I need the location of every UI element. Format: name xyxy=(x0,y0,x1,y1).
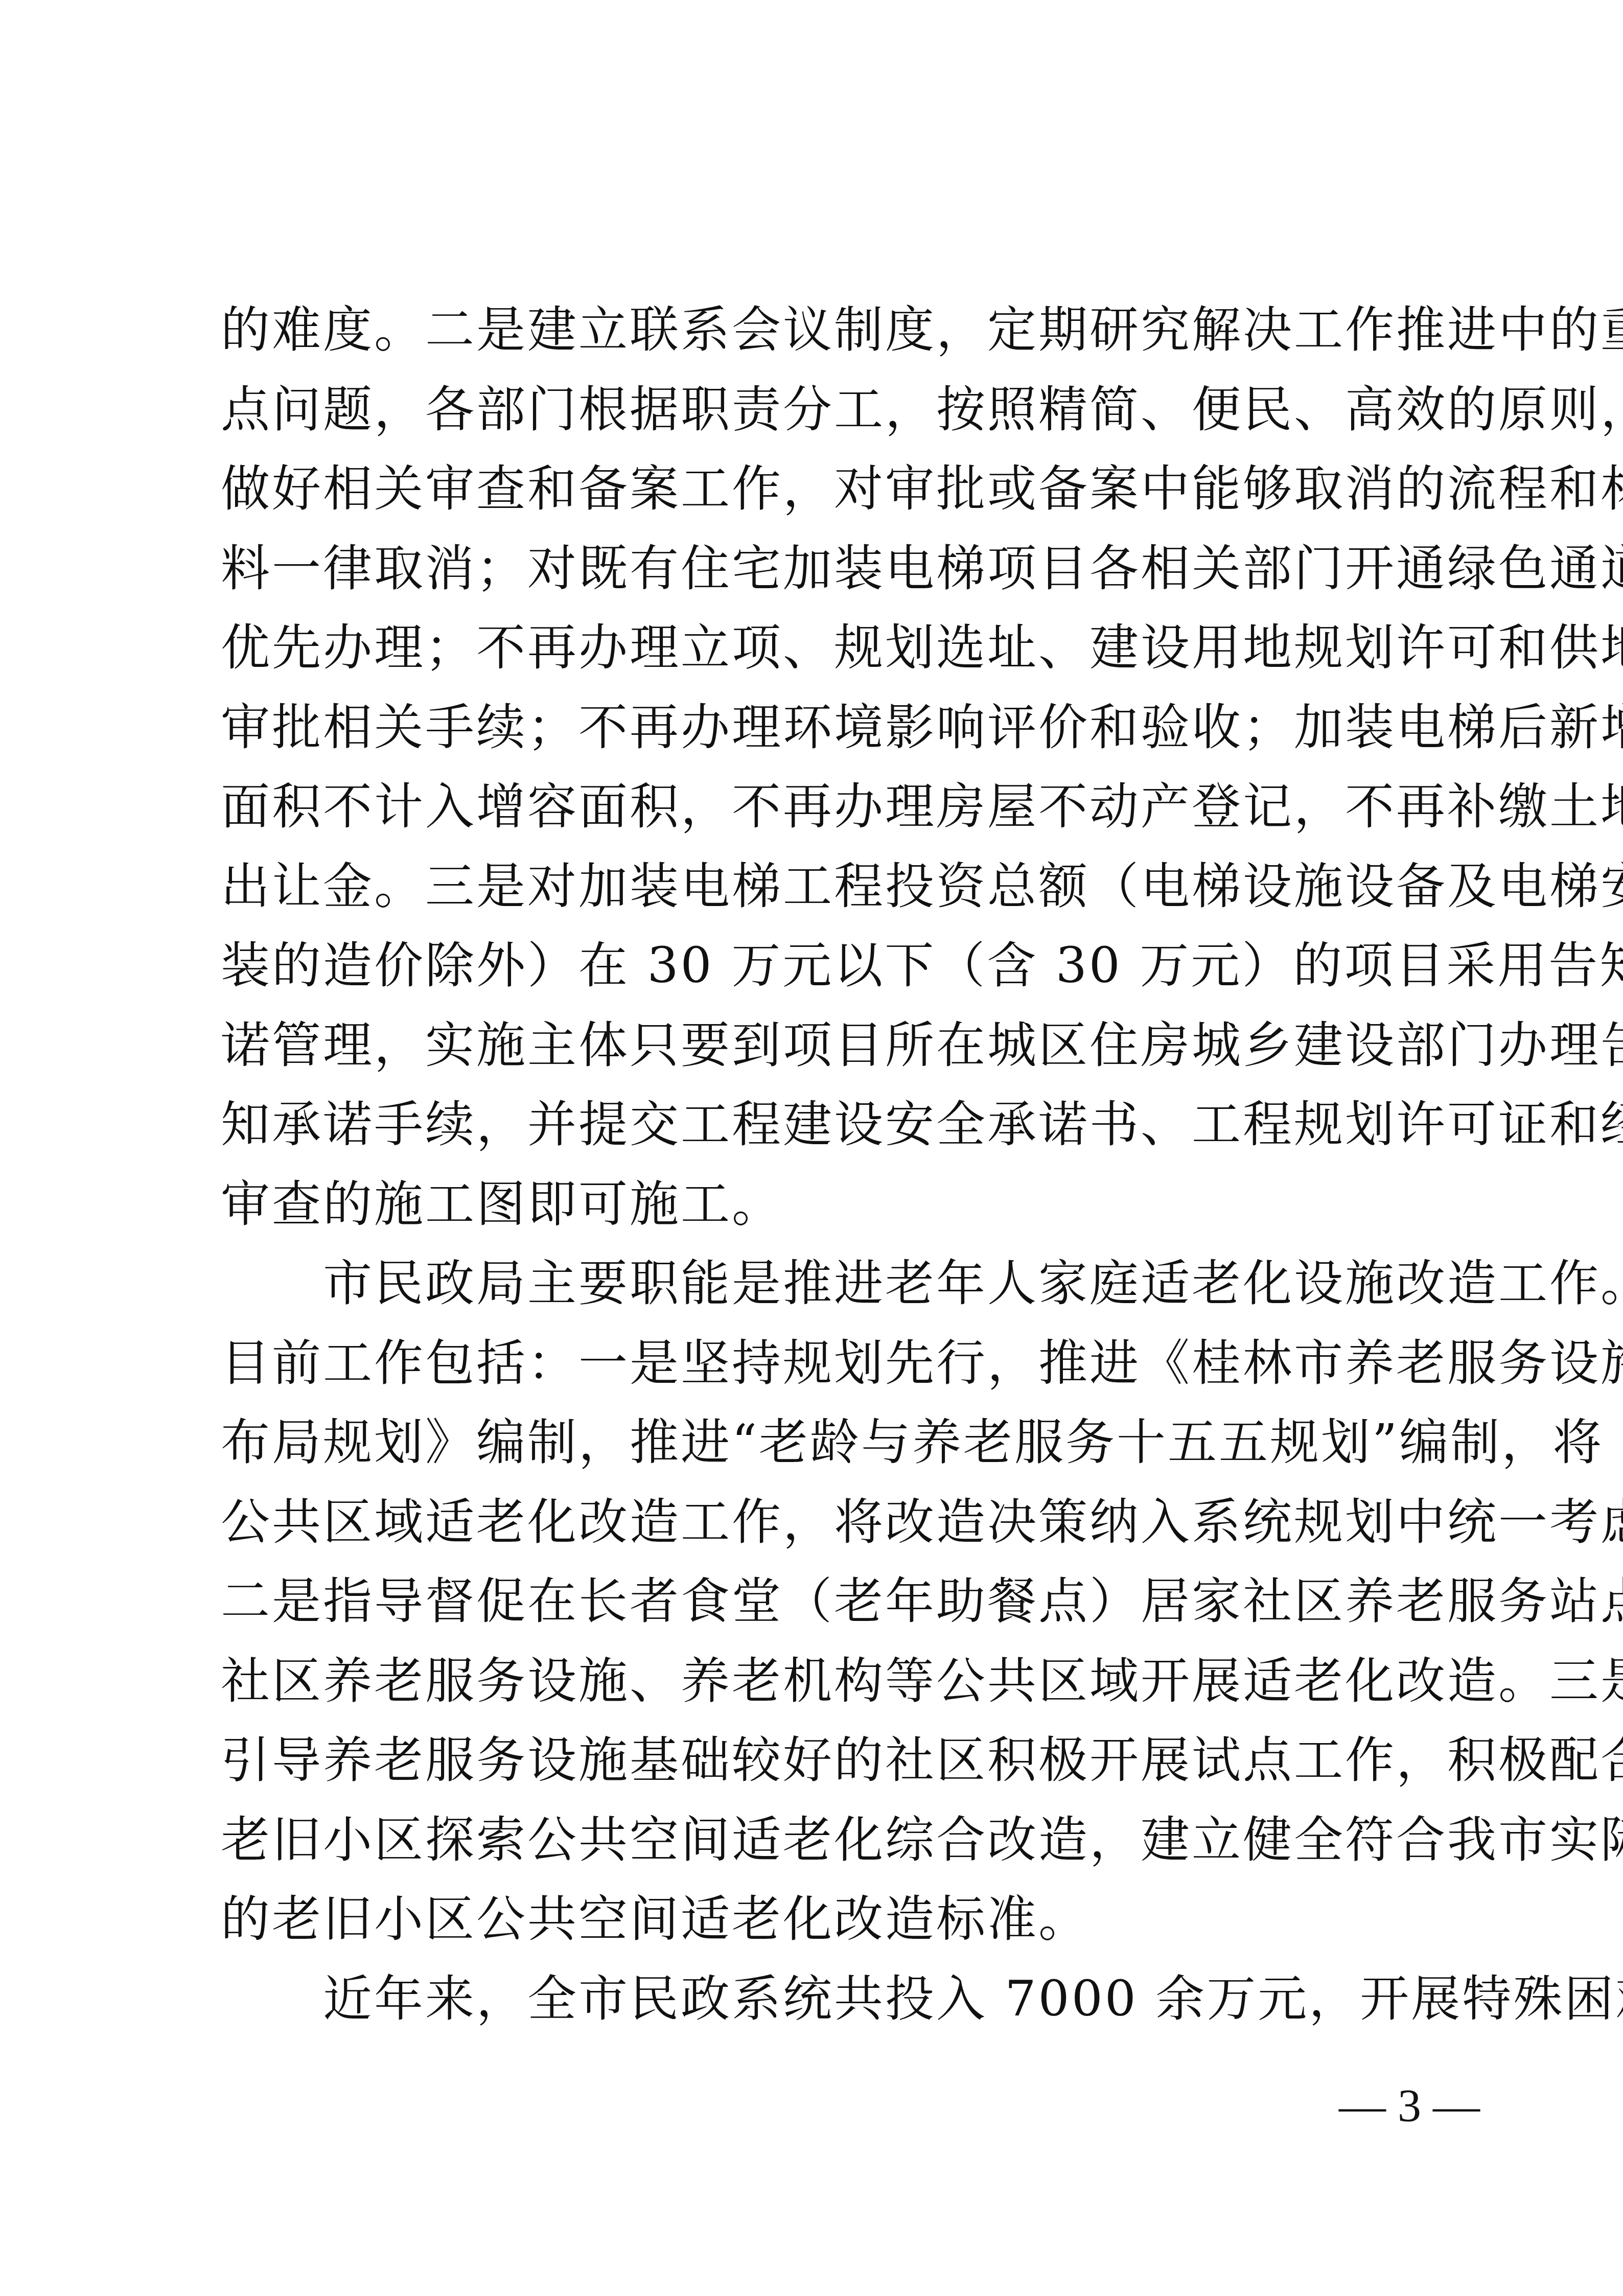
paragraph-2-line-8: 老旧小区探索公共空间适老化综合改造，建立健全符合我市实际 xyxy=(221,1800,1457,1880)
paragraph-2-line-1: 市民政局主要职能是推进老年人家庭适老化设施改造工作。 xyxy=(221,1244,1457,1324)
paragraph-2-line-3: 布局规划》编制，推进“老龄与养老服务十五五规划”编制，将 xyxy=(221,1403,1457,1482)
paragraph-1-line-3: 做好相关审查和备案工作，对审批或备案中能够取消的流程和材 xyxy=(221,449,1457,529)
page-number: — 3 — xyxy=(1339,2075,1462,2136)
paragraph-1-line-9: 装的造价除外）在 30 万元以下（含 30 万元）的项目采用告知承 xyxy=(221,926,1457,1006)
paragraph-1-line-5: 优先办理；不再办理立项、规划选址、建设用地规划许可和供地 xyxy=(221,608,1457,688)
paragraph-2-line-9: 的老旧小区公共空间适老化改造标准。 xyxy=(221,1880,1457,1959)
document-page: 的难度。二是建立联系会议制度，定期研究解决工作推进中的重 点问题，各部门根据职责… xyxy=(0,0,1623,2296)
paragraph-3-line-1: 近年来，全市民政系统共投入 7000 余万元，开展特殊困难老 xyxy=(221,1959,1457,2039)
paragraph-2-line-5: 二是指导督促在长者食堂（老年助餐点）居家社区养老服务站点、 xyxy=(221,1562,1457,1641)
paragraph-2-line-6: 社区养老服务设施、养老机构等公共区域开展适老化改造。三是 xyxy=(221,1641,1457,1721)
paragraph-1-line-11: 知承诺手续，并提交工程建设安全承诺书、工程规划许可证和经 xyxy=(221,1085,1457,1165)
paragraph-2-line-4: 公共区域适老化改造工作，将改造决策纳入系统规划中统一考虑。 xyxy=(221,1482,1457,1562)
paragraph-1-line-6: 审批相关手续；不再办理环境影响评价和验收；加装电梯后新增 xyxy=(221,688,1457,768)
paragraph-1-line-8: 出让金。三是对加装电梯工程投资总额（电梯设施设备及电梯安 xyxy=(221,847,1457,926)
paragraph-1-line-7: 面积不计入增容面积，不再办理房屋不动产登记，不再补缴土地 xyxy=(221,767,1457,847)
paragraph-1-line-10: 诺管理，实施主体只要到项目所在城区住房城乡建设部门办理告 xyxy=(221,1006,1457,1085)
paragraph-1-line-2: 点问题，各部门根据职责分工，按照精简、便民、高效的原则， xyxy=(221,370,1457,450)
paragraph-1-line-4: 料一律取消；对既有住宅加装电梯项目各相关部门开通绿色通道 xyxy=(221,529,1457,609)
paragraph-2-line-2: 目前工作包括：一是坚持规划先行，推进《桂林市养老服务设施 xyxy=(221,1324,1457,1403)
paragraph-2-line-7: 引导养老服务设施基础较好的社区积极开展试点工作，积极配合 xyxy=(221,1721,1457,1800)
paragraph-1-line-1: 的难度。二是建立联系会议制度，定期研究解决工作推进中的重 xyxy=(221,290,1457,370)
paragraph-1-line-12: 审查的施工图即可施工。 xyxy=(221,1165,1457,1244)
document-body: 的难度。二是建立联系会议制度，定期研究解决工作推进中的重 点问题，各部门根据职责… xyxy=(221,290,1457,2038)
